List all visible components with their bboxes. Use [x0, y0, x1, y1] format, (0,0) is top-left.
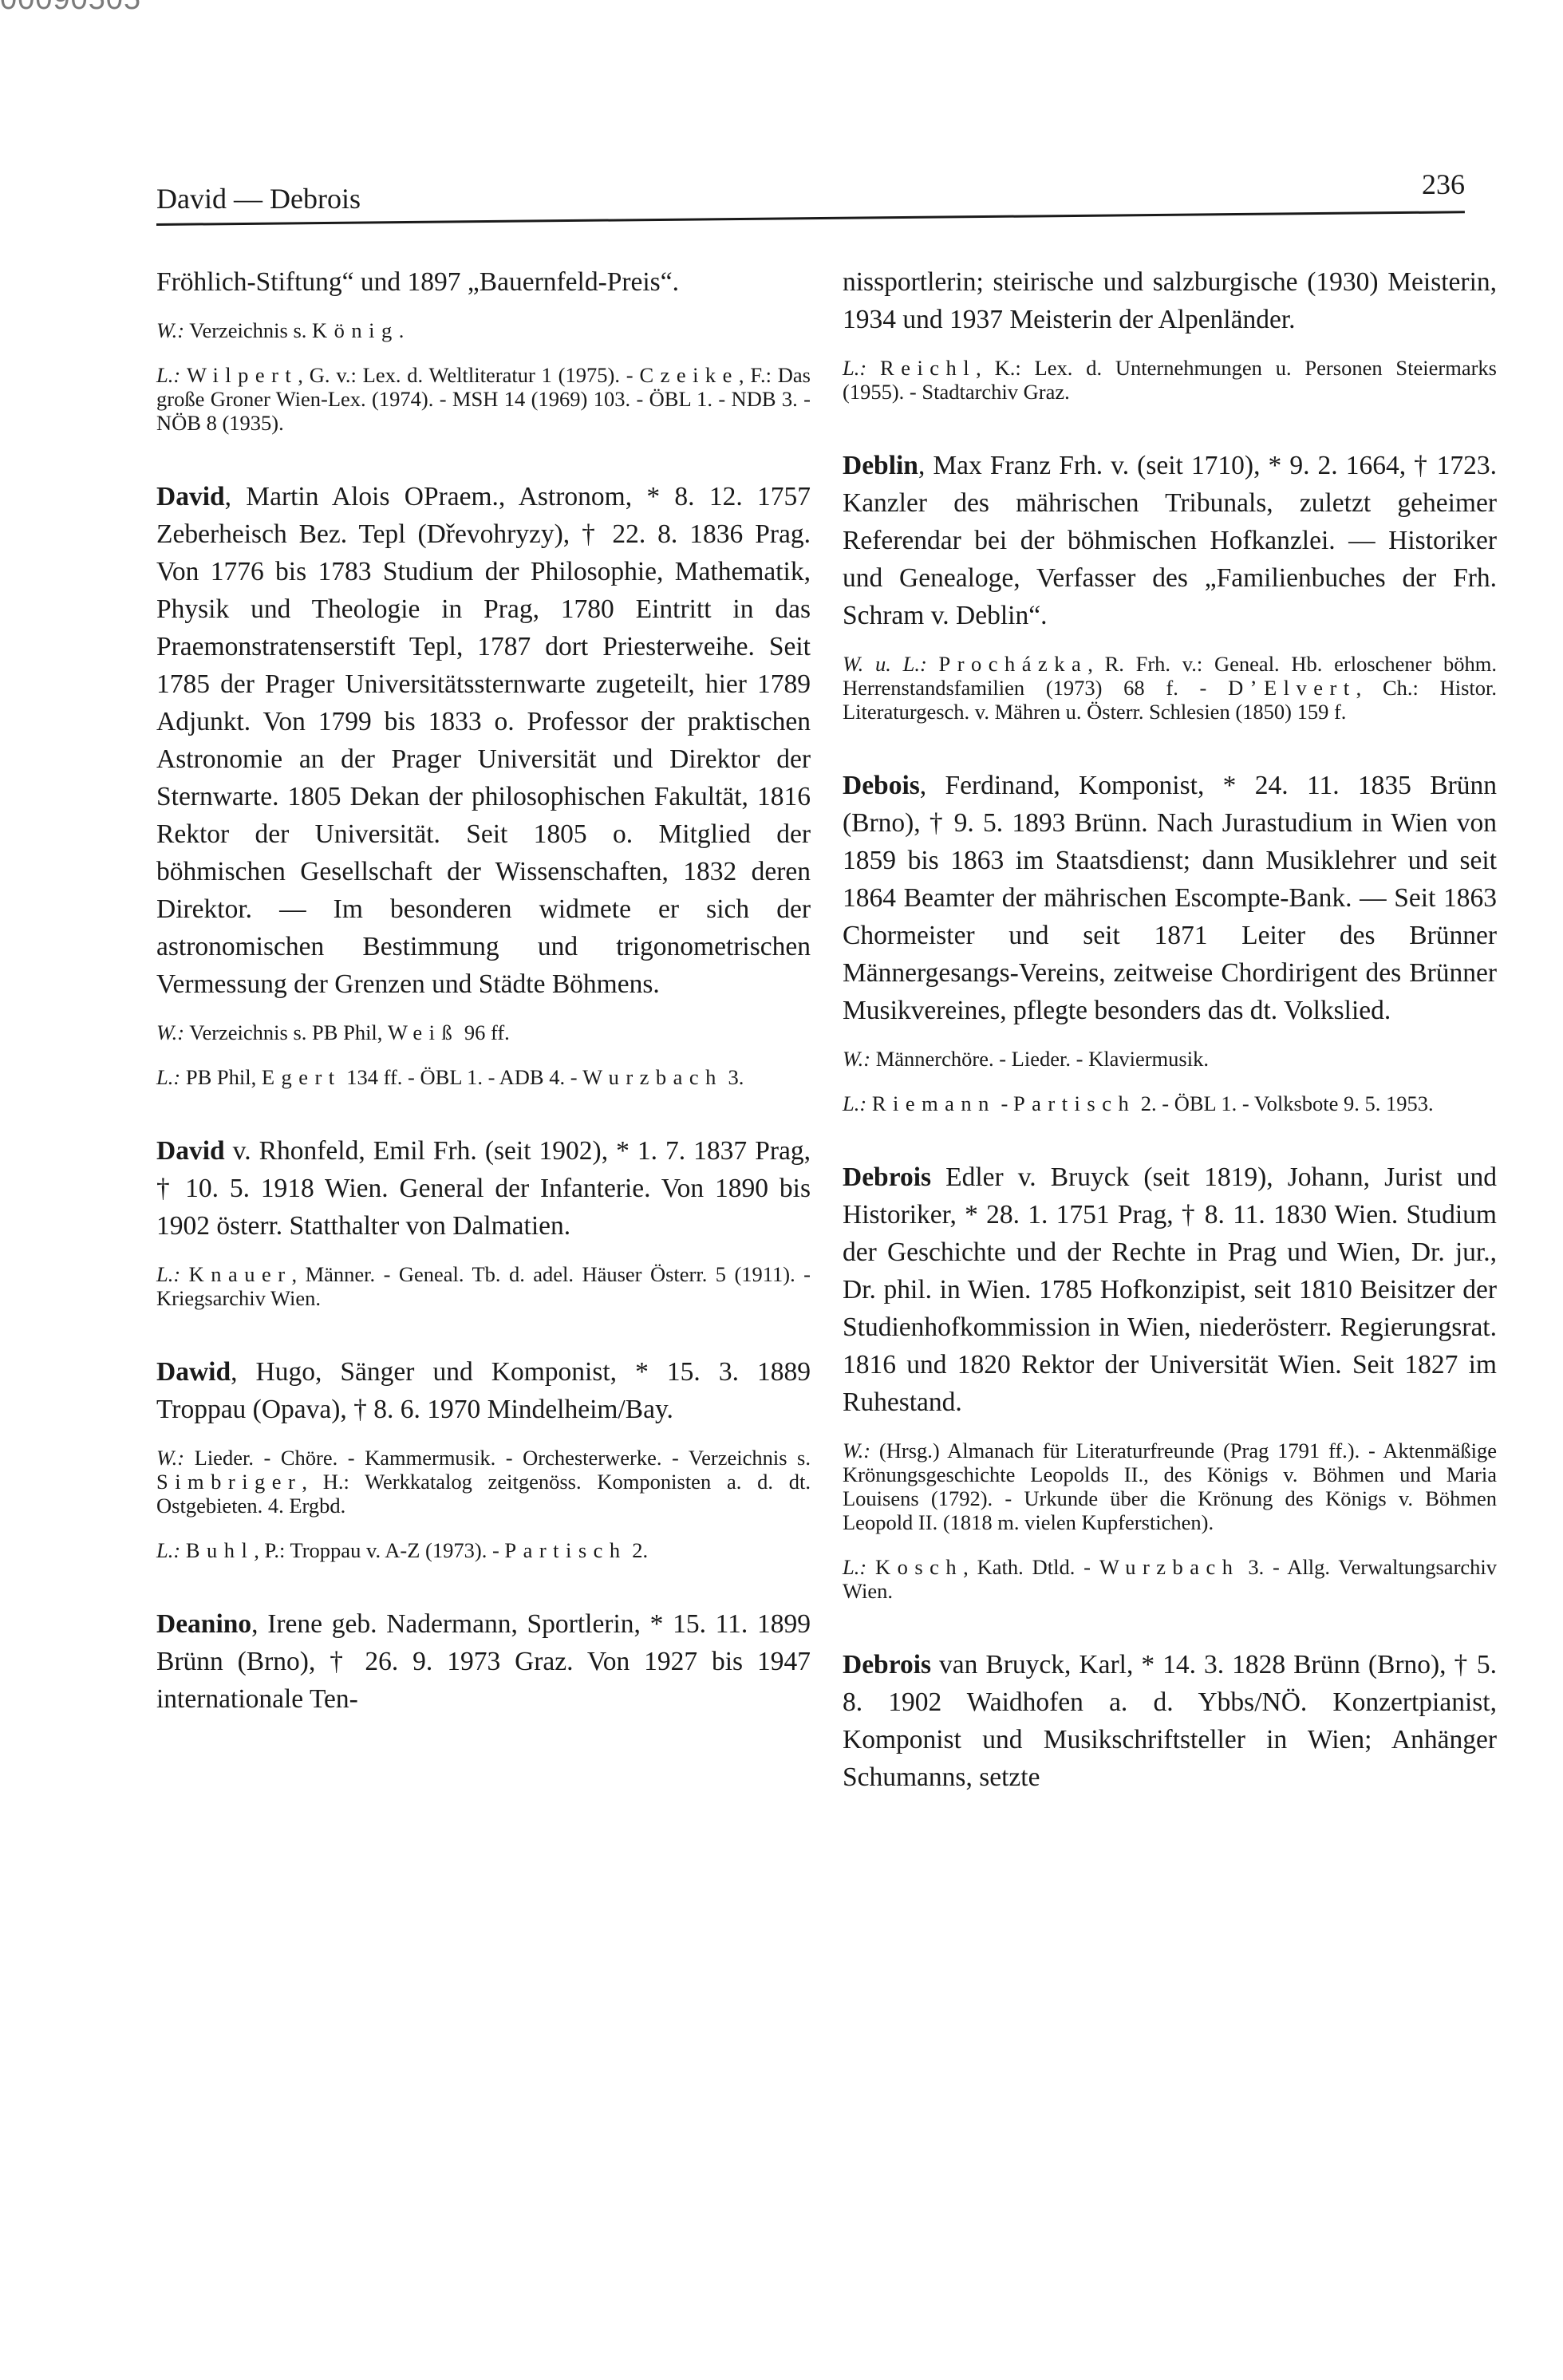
scan-id-label: 00090505 — [0, 0, 141, 17]
page-number: 236 — [1422, 168, 1465, 201]
entry-lemma: Debois — [843, 771, 920, 800]
spaced-author: Czeike — [639, 363, 738, 387]
entry-dawid: Dawid, Hugo, Sänger und Komponist, * 15.… — [156, 1353, 811, 1428]
spaced-author: Partisch — [1013, 1091, 1135, 1115]
entry-deanino: Deanino, Irene geb. Nadermann, Sportleri… — [156, 1605, 811, 1718]
entry-lemma: Deanino — [156, 1609, 251, 1639]
entry-david-rhonfeld: David v. Rhonfeld, Emil Frh. (seit 1902)… — [156, 1132, 811, 1245]
entry-lemma: Debrois — [843, 1162, 931, 1192]
left-column: Fröhlich-Stiftung“ und 1897 „Bauernfeld-… — [156, 263, 811, 1735]
spaced-author: Partisch — [504, 1538, 626, 1562]
spaced-author: Knauer — [189, 1262, 292, 1286]
spaced-author: Buhl — [186, 1538, 254, 1562]
literature-reference: L.: Buhl, P.: Troppau v. A-Z (1973). - P… — [156, 1538, 811, 1562]
works-reference: W.: Männerchöre. - Lieder. - Klaviermusi… — [843, 1047, 1497, 1071]
entry-lemma: Dawid — [156, 1357, 231, 1387]
entry-lemma: David — [156, 482, 225, 511]
entry-continuation: Fröhlich-Stiftung“ und 1897 „Bauernfeld-… — [156, 263, 811, 301]
literature-reference: L.: Riemann - Partisch 2. - ÖBL 1. - Vol… — [843, 1091, 1497, 1115]
spaced-author: Reichl — [880, 356, 976, 380]
spaced-author: Egert — [262, 1065, 341, 1089]
entry-debrois-johann: Debrois Edler v. Bruyck (seit 1819), Joh… — [843, 1158, 1497, 1421]
literature-reference: L.: Kosch, Kath. Dtld. - Wurzbach 3. - A… — [843, 1555, 1497, 1603]
spaced-author: Wurzbach — [582, 1065, 723, 1089]
entry-debois: Debois, Ferdinand, Komponist, * 24. 11. … — [843, 767, 1497, 1029]
spaced-author: Kosch — [875, 1555, 963, 1579]
spaced-author: Riemann — [872, 1091, 996, 1115]
works-literature-reference: W. u. L.: Procházka, R. Frh. v.: Geneal.… — [843, 652, 1497, 724]
right-column: nissportlerin; steirische und salzburgis… — [843, 263, 1497, 1814]
spaced-author: Wurzbach — [1099, 1555, 1240, 1579]
spaced-author: König — [312, 318, 399, 342]
works-reference: W.: Verzeichnis s. PB Phil, Weiß 96 ff. — [156, 1020, 811, 1044]
spaced-author: Procházka — [939, 652, 1088, 676]
spaced-author: Weiß — [388, 1020, 459, 1044]
running-title: David — Debrois — [156, 182, 361, 215]
spaced-author: D’Elvert — [1228, 676, 1356, 700]
literature-reference: L.: Reichl, K.: Lex. d. Unternehmungen u… — [843, 356, 1497, 404]
spaced-author: Wilpert — [187, 363, 298, 387]
works-reference: W.: Lieder. - Chöre. - Kammermusik. - Or… — [156, 1446, 811, 1518]
entry-lemma: Deblin — [843, 451, 918, 480]
entry-lemma: Debrois — [843, 1650, 931, 1679]
literature-reference: L.: Knauer, Männer. - Geneal. Tb. d. ade… — [156, 1262, 811, 1310]
literature-reference: L.: Wilpert, G. v.: Lex. d. Weltliteratu… — [156, 363, 811, 435]
spaced-author: Simbriger — [156, 1470, 302, 1494]
entry-debrois-karl: Debrois van Bruyck, Karl, * 14. 3. 1828 … — [843, 1646, 1497, 1796]
works-reference: W.: Verzeichnis s. König. — [156, 318, 811, 342]
entry-deblin: Deblin, Max Franz Frh. v. (seit 1710), *… — [843, 447, 1497, 634]
entry-david-martin: David, Martin Alois OPraem., Astronom, *… — [156, 478, 811, 1003]
works-reference: W.: (Hrsg.) Almanach für Literaturfreund… — [843, 1439, 1497, 1534]
entry-continuation: nissportlerin; steirische und salzburgis… — [843, 263, 1497, 338]
literature-reference: L.: PB Phil, Egert 134 ff. - ÖBL 1. - AD… — [156, 1065, 811, 1089]
entry-lemma: David — [156, 1136, 225, 1166]
